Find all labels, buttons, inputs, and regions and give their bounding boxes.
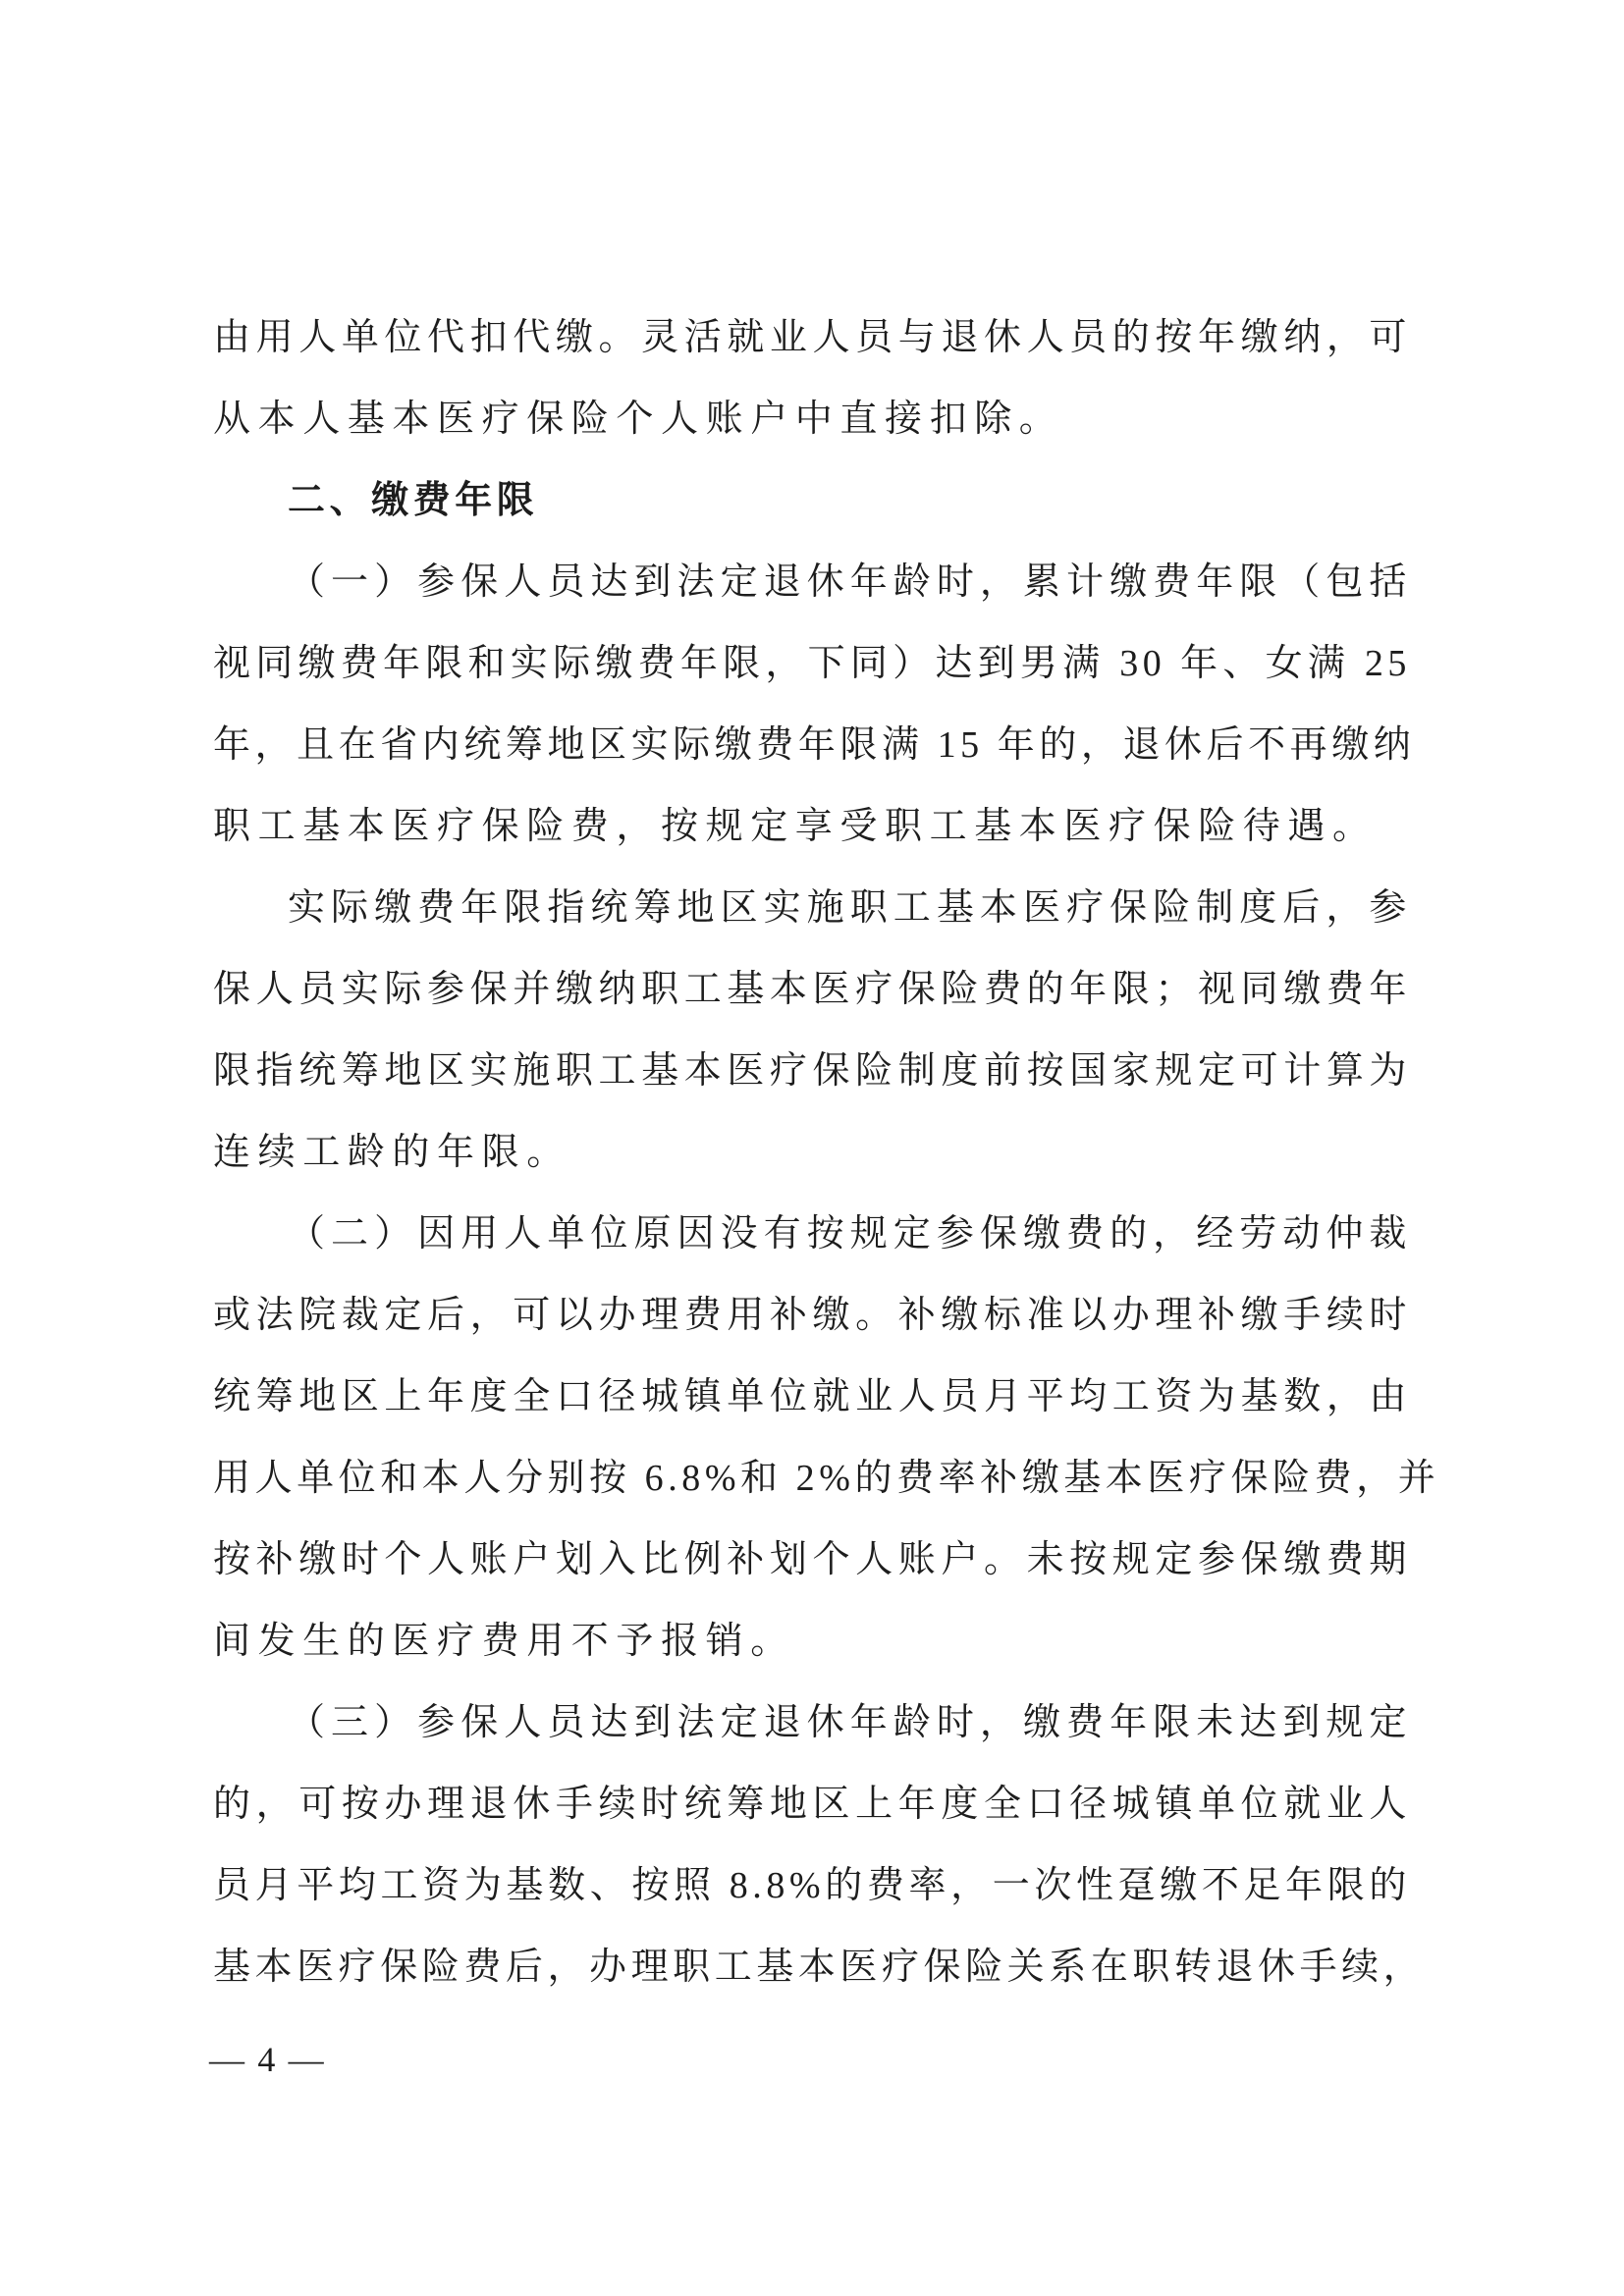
text-line: 由用人单位代扣代缴。灵活就业人员与退休人员的按年缴纳，可	[213, 297, 1411, 379]
text-line: （二）因用人单位原因没有按规定参保缴费的，经劳动仲裁	[213, 1194, 1411, 1275]
text-line: 年，且在省内统筹地区实际缴费年限满 15 年的，退休后不再缴纳	[213, 705, 1411, 786]
text-line: 职工基本医疗保险费，按规定享受职工基本医疗保险待遇。	[213, 786, 1411, 868]
text-line: （一）参保人员达到法定退休年龄时，累计缴费年限（包括	[213, 542, 1411, 623]
text-line: 的，可按办理退休手续时统筹地区上年度全口径城镇单位就业人	[213, 1764, 1411, 1845]
text-line: 限指统筹地区实施职工基本医疗保险制度前按国家规定可计算为	[213, 1031, 1411, 1112]
text-line: 员月平均工资为基数、按照 8.8%的费率，一次性趸缴不足年限的	[213, 1845, 1411, 1927]
document-body: 由用人单位代扣代缴。灵活就业人员与退休人员的按年缴纳，可 从本人基本医疗保险个人…	[213, 297, 1411, 2008]
text-line: 连续工龄的年限。	[213, 1112, 1411, 1194]
section-heading: 二、缴费年限	[213, 460, 1411, 542]
document-page: 由用人单位代扣代缴。灵活就业人员与退休人员的按年缴纳，可 从本人基本医疗保险个人…	[0, 0, 1624, 2296]
text-line: 按补缴时个人账户划入比例补划个人账户。未按规定参保缴费期	[213, 1520, 1411, 1601]
text-line: 实际缴费年限指统筹地区实施职工基本医疗保险制度后，参	[213, 868, 1411, 949]
text-line: 保人员实际参保并缴纳职工基本医疗保险费的年限；视同缴费年	[213, 949, 1411, 1031]
page-number: — 4 —	[209, 2038, 326, 2081]
text-line: 基本医疗保险费后，办理职工基本医疗保险关系在职转退休手续，	[213, 1927, 1411, 2008]
text-line: （三）参保人员达到法定退休年龄时，缴费年限未达到规定	[213, 1682, 1411, 1764]
text-line: 间发生的医疗费用不予报销。	[213, 1601, 1411, 1682]
text-line: 用人单位和本人分别按 6.8%和 2%的费率补缴基本医疗保险费，并	[213, 1438, 1411, 1520]
text-line: 视同缴费年限和实际缴费年限，下同）达到男满 30 年、女满 25	[213, 623, 1411, 705]
text-line: 统筹地区上年度全口径城镇单位就业人员月平均工资为基数，由	[213, 1357, 1411, 1438]
text-line: 从本人基本医疗保险个人账户中直接扣除。	[213, 379, 1411, 460]
text-line: 或法院裁定后，可以办理费用补缴。补缴标准以办理补缴手续时	[213, 1275, 1411, 1357]
